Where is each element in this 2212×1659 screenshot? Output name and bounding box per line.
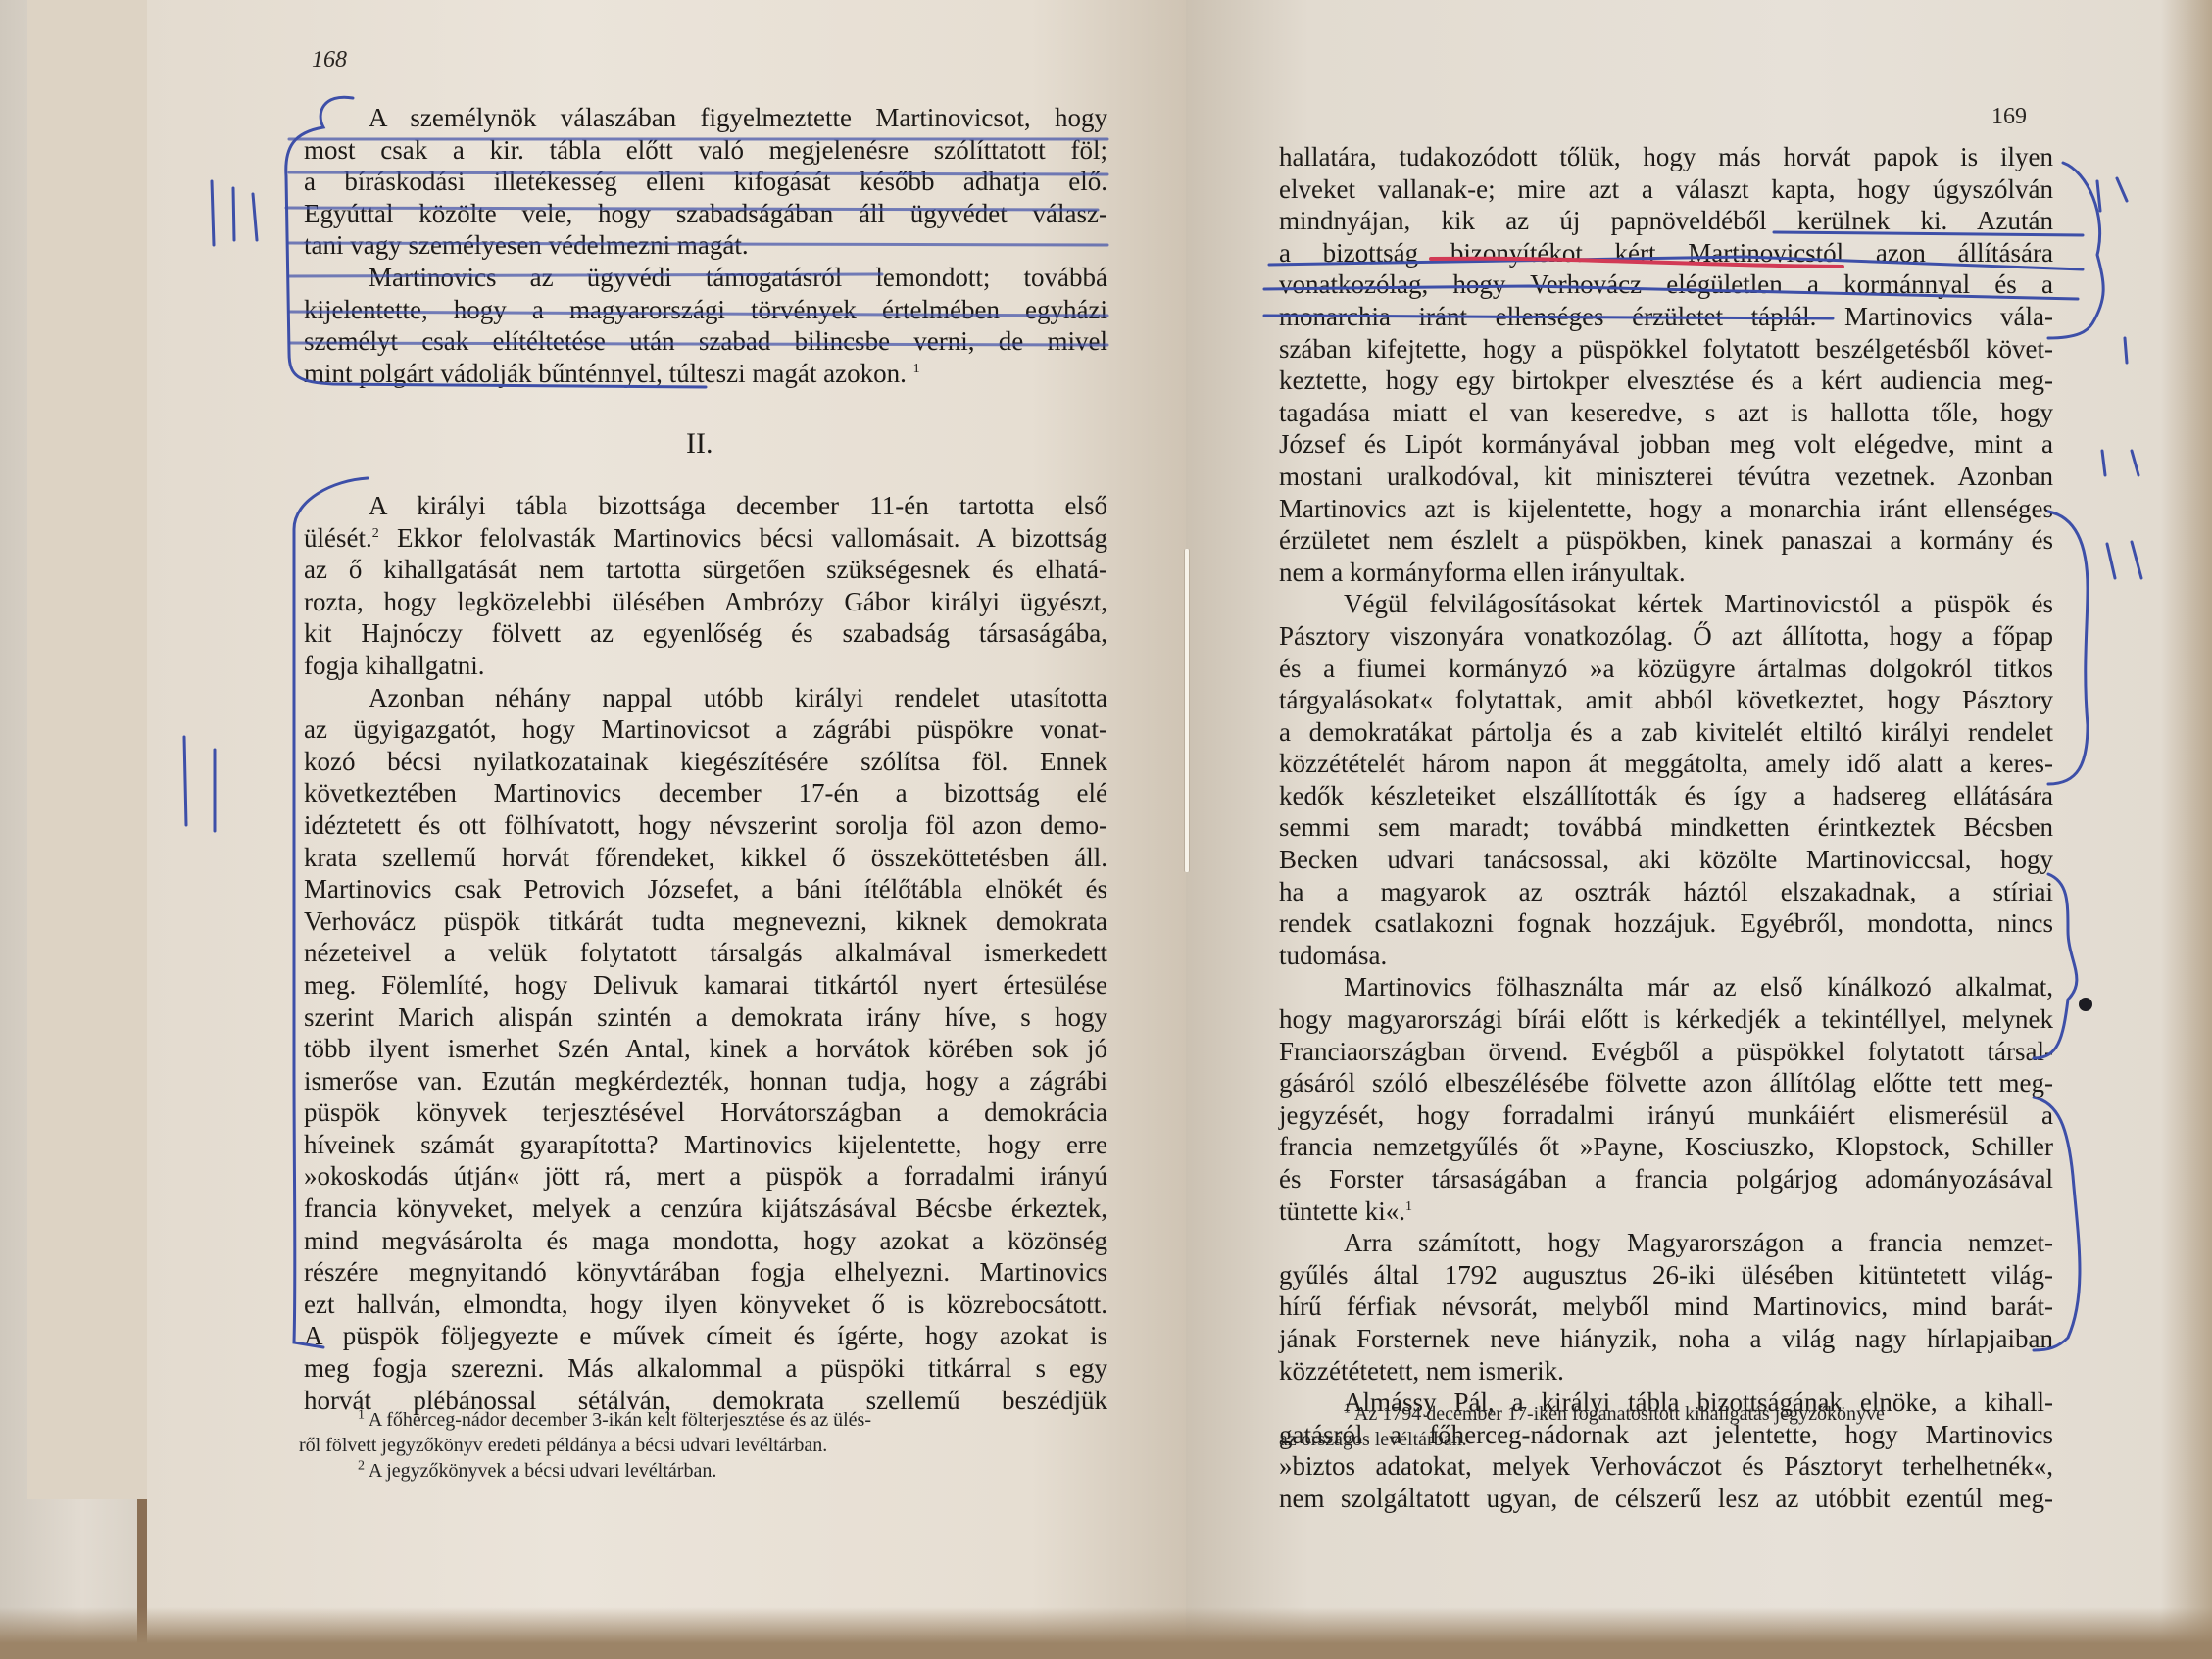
text-span: Az 1794 december 17-ikén foganatositott …: [1354, 1403, 1885, 1425]
left-text-block-2: A királyi tábla bizottsága december 11-é…: [304, 490, 1107, 1416]
text-line: meg. Fölemlíté, hogy Delivuk kamarai tit…: [304, 969, 1107, 1001]
text-line: következtében Martinovics december 17-én…: [304, 777, 1107, 809]
text-line: érzületet nem észlelt a püspökben, kinek…: [1279, 524, 2053, 557]
text-line: meg fogja szerezni. Más alkalommal a püs…: [304, 1352, 1107, 1385]
text-line: Martinovics azt is kijelentette, hogy a …: [1279, 493, 2053, 525]
footnote-1: 1 Az 1794 december 17-ikén foganatositot…: [1279, 1401, 2063, 1452]
footnote-number: 1: [1344, 1401, 1351, 1416]
text-line: és a fiumei kormányzó »a közügyre ártalm…: [1279, 653, 2053, 685]
text-line: A királyi tábla bizottsága december 11-é…: [304, 490, 1107, 522]
paragraph: Arra számított, hogy Magyarországon a fr…: [1279, 1227, 2053, 1387]
text-line: francia könyveket, melyek a cenzúra kijá…: [304, 1193, 1107, 1225]
footnote-number: 1: [358, 1407, 365, 1422]
footnote-ref[interactable]: 2: [372, 526, 379, 541]
text-line: fogja kihallgatni.: [304, 650, 1107, 682]
text-line: Arra számított, hogy Magyarországon a fr…: [1279, 1227, 2053, 1259]
text-line: tárgyalásokat« folytattak, amit abból kö…: [1279, 684, 2053, 716]
footnote-ref[interactable]: 1: [913, 362, 920, 376]
text-line: Martinovics csak Petrovich Józsefet, a b…: [304, 873, 1107, 905]
underlying-page-edge: [27, 0, 167, 1499]
text-line: A személynök válaszában figyelmeztette M…: [304, 102, 1107, 134]
text-line: és Forster társaságában a francia polgár…: [1279, 1163, 2053, 1195]
text-line: ha a magyarok az osztrák háztól elszakad…: [1279, 876, 2053, 908]
text-span: A jegyzőkönyvek a bécsi udvari levéltárb…: [369, 1460, 716, 1482]
text-line: kedők készleteiket elszállították és így…: [1279, 780, 2053, 812]
text-line: elveket vallanak-e; mire azt a választ k…: [1279, 173, 2053, 206]
footnote-2: 2 A jegyzőkönyvek a bécsi udvari levéltá…: [299, 1458, 1093, 1484]
text-line: nézeteivel a velük folytatott társalgás …: [304, 937, 1107, 969]
text-line: Franciaországban örvend. Evégből a püspö…: [1279, 1036, 2053, 1068]
paragraph: A személynök válaszában figyelmeztette M…: [304, 102, 1107, 262]
text-line: püspök könyvek terjesztésével Horvátorsz…: [304, 1097, 1107, 1129]
text-line: több ilyent ismerhet Szén Antal, kinek a…: [304, 1033, 1107, 1065]
text-line: szerint Marich alispán szintén a demokra…: [304, 1001, 1107, 1034]
text-line: gyűlés által 1792 augusztus 26-iki ülésé…: [1279, 1259, 2053, 1292]
text-line: tagadása miatt el van keseredve, s azt i…: [1279, 397, 2053, 429]
text-line: tudomása.: [1279, 940, 2053, 972]
page-number-left: 168: [312, 47, 347, 73]
text-line: Végül felvilágosításokat kértek Martinov…: [1279, 588, 2053, 620]
left-footnotes: 1 A főherceg-nádor december 3-ikán kelt …: [299, 1407, 1093, 1484]
text-line: »biztos adatokat, melyek Verhováczot és …: [1279, 1450, 2053, 1483]
text-line: Verhovácz püspök titkárát tudta megnevez…: [304, 905, 1107, 938]
text-line: monarchia iránt ellenséges érzületet táp…: [1279, 301, 2053, 333]
paragraph: Végül felvilágosításokat kértek Martinov…: [1279, 588, 2053, 971]
text-line: mindnyájan, kik az új papnöveldéből kerü…: [1279, 205, 2053, 237]
text-line: Pásztory viszonyára vonatkozólag. Ő azt …: [1279, 620, 2053, 653]
text-line: krata szellemű horvát főrendeket, kikkel…: [304, 842, 1107, 874]
text-span: Ekkor felolvasták Martinovics bécsi vall…: [379, 523, 1107, 553]
right-text-block: hallatára, tudakozódott tőlük, hogy más …: [1279, 141, 2053, 1515]
paragraph: Martinovics fölhasználta már az első kín…: [1279, 971, 2053, 1227]
text-line: Martinovics az ügyvédi támogatásról lemo…: [304, 262, 1107, 294]
text-line: nem szolgáltatott ugyan, de célszerű les…: [1279, 1483, 2053, 1515]
text-line: szában kifejtette, hogy a püspökkel foly…: [1279, 333, 2053, 366]
paragraph: Azonban néhány nappal utóbb királyi rend…: [304, 682, 1107, 1417]
footnote-ref[interactable]: 1: [1405, 1199, 1412, 1214]
text-line: kit Hajnóczy fölvett az egyenlőség és sz…: [304, 617, 1107, 650]
text-line: mostani uralkodóval, kit miniszterei tév…: [1279, 461, 2053, 493]
section-heading: II.: [686, 427, 713, 461]
left-text-block-1: A személynök válaszában figyelmeztette M…: [304, 102, 1107, 389]
text-line: kijelentette, hogy a magyarországi törvé…: [304, 294, 1107, 326]
text-line: Azonban néhány nappal utóbb királyi rend…: [304, 682, 1107, 714]
text-line: francia nemzetgyűlés őt »Payne, Kosciusz…: [1279, 1131, 2053, 1163]
footnote-line: az országos levéltárban.: [1279, 1427, 2063, 1452]
text-line: kozó bécsi nyilatkozatainak kiegészítésé…: [304, 746, 1107, 778]
text-line: közzététetett, nem ismerik.: [1279, 1355, 2053, 1388]
text-line: tüntette ki«.1: [1279, 1195, 2053, 1228]
page-bottom-shadow: [0, 1607, 2212, 1659]
text-line: »okoskodás útján« jött rá, mert a püspök…: [304, 1160, 1107, 1193]
text-line: rozta, hogy legközelebbi ülésében Ambróz…: [304, 586, 1107, 618]
text-line: híveinek számát gyarapította? Martinovic…: [304, 1129, 1107, 1161]
text-line: hallatára, tudakozódott tőlük, hogy más …: [1279, 141, 2053, 173]
right-footnotes: 1 Az 1794 december 17-ikén foganatositot…: [1279, 1401, 2063, 1452]
paragraph: Martinovics az ügyvédi támogatásról lemo…: [304, 262, 1107, 389]
footnote-line: 1 Az 1794 december 17-ikén foganatositot…: [1279, 1401, 2063, 1427]
footnote-number: 2: [358, 1458, 365, 1473]
text-line: semmi sem maradt; továbbá mindketten éri…: [1279, 811, 2053, 844]
text-span: ülését.: [304, 523, 372, 553]
text-line: ülését.2 Ekkor felolvasták Martinovics b…: [304, 522, 1107, 555]
page-number-right: 169: [1991, 104, 2027, 130]
text-span: mint polgárt vádolják bűnténnyel, túltes…: [304, 359, 907, 388]
text-line: személyt csak elítéltetése után szabad b…: [304, 325, 1107, 358]
text-line: az ő kihallgatását nem tartotta sürgetőe…: [304, 554, 1107, 586]
text-line: most csak a kir. tábla előtt való megjel…: [304, 134, 1107, 167]
text-line: hogy magyarországi bírái előtt is kérked…: [1279, 1003, 2053, 1036]
text-span: tüntette ki«.: [1279, 1196, 1405, 1226]
text-line: Martinovics fölhasználta már az első kín…: [1279, 971, 2053, 1003]
text-line: közzétételét három napon át meggátolta, …: [1279, 748, 2053, 780]
text-line: a bizottság bizonyítékot kért Martinovic…: [1279, 237, 2053, 269]
paragraph: A királyi tábla bizottsága december 11-é…: [304, 490, 1107, 682]
text-line: rendek csatlakozni fognak hozzájuk. Egyé…: [1279, 907, 2053, 940]
text-line: mint polgárt vádolják bűnténnyel, túltes…: [304, 358, 1107, 390]
footnote-line: ről fölvett jegyzőkönyv eredeti példánya…: [299, 1433, 1093, 1458]
text-line: az ügyigazgatót, hogy Martinovicsot a zá…: [304, 713, 1107, 746]
text-line: mind megvásárolta és maga mondotta, hogy…: [304, 1225, 1107, 1257]
text-line: a bíráskodási illetékesség elleni kifogá…: [304, 166, 1107, 198]
text-line: A püspök följegyezte e művek címeit és í…: [304, 1320, 1107, 1352]
text-line: vonatkozólag, hogy Verhovácz elégületlen…: [1279, 268, 2053, 301]
text-line: gásáról szóló elbeszélésébe fölvette azo…: [1279, 1067, 2053, 1099]
text-line: tani vagy személyesen védelmezni magát.: [304, 229, 1107, 262]
text-line: ezt hallván, elmondta, hogy ilyen könyve…: [304, 1289, 1107, 1321]
text-span: A főherceg-nádor december 3-ikán kelt fö…: [369, 1409, 871, 1431]
text-line: jegyzését, hogy forradalmi irányú munkái…: [1279, 1099, 2053, 1132]
text-line: idéztetett és ott fölhívatott, hogy névs…: [304, 809, 1107, 842]
text-line: hírű férfiak névsorát, melyből mind Mart…: [1279, 1291, 2053, 1323]
text-line: ismerőse van. Ezután megkérdezték, honna…: [304, 1065, 1107, 1098]
footnote-1: 1 A főherceg-nádor december 3-ikán kelt …: [299, 1407, 1093, 1458]
text-line: Egyúttal közölte vele, hogy szabadságába…: [304, 198, 1107, 230]
text-line: a demokratákat pártolja és a zab kivitel…: [1279, 716, 2053, 749]
text-line: részére megnyitandó könyvtárában fogja e…: [304, 1256, 1107, 1289]
footnote-line: 2 A jegyzőkönyvek a bécsi udvari levéltá…: [299, 1458, 1093, 1484]
text-line: jának Forsternek neve hiányzik, noha a v…: [1279, 1323, 2053, 1355]
text-line: József és Lipót kormányával jobban meg v…: [1279, 428, 2053, 461]
text-line: keztette, hogy egy birtokper elvesztése …: [1279, 365, 2053, 397]
text-line: Becken udvari tanácsossal, aki közölte M…: [1279, 844, 2053, 876]
book-gutter-binding: [1184, 549, 1190, 872]
text-line: nem a kormányforma ellen irányultak.: [1279, 557, 2053, 589]
paragraph: hallatára, tudakozódott tőlük, hogy más …: [1279, 141, 2053, 588]
footnote-line: 1 A főherceg-nádor december 3-ikán kelt …: [299, 1407, 1093, 1433]
